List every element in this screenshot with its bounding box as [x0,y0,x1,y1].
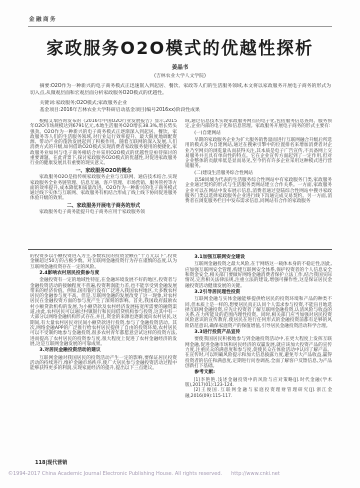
article-separator-rule [28,249,332,250]
body-paragraph: 金融投资有一定的地域性特征,在金融环境发展不好的地区,投资者与金融投资活动的接触… [30,278,177,347]
section-heading-ecommerce-forms: 二、家政服务开展电子商务的形式 [30,203,177,210]
subheading-own-website: (一)自建网站 [185,131,332,137]
subheading-2-4: 2.4影响农村居民投资参与度 [30,271,177,277]
body-paragraph: 早期的家政服务企业为扩大服务销售量而进行互联网融合升级后所选用的模式多为自建网站… [185,138,332,170]
o2o-article-columns: 根据艾瑞咨询发布的《2016年中国O2O行业发展报告》显示,2015年O2O市场… [30,119,332,247]
author-affiliation: (吉林农业大学人文学院) [0,72,360,79]
body-paragraph: 家政服务电子商务能提升电子商务应用于家政服务领 [30,210,177,215]
o2o-left-column: 根据艾瑞咨询发布的《2016年中国O2O行业发展报告》显示,2015年O2O市场… [30,119,177,247]
body-paragraph: 互联网金融与实体金融能够提供给居民的投资环境和产品的种类不同,但本质上是一样的,… [185,297,332,329]
o2o-right-column: 域,通过信息技术实现家政服务网点的电子化,包括服务信息查询、服务预定,企业内部的… [185,119,332,247]
finance-article-columns: 的投资多以小额投资进入为主,多数农民的投资金额在“十万元以下”,投资金额超过50… [30,254,332,454]
subheading-3-2: 3.2引导居民理性投资 [185,290,332,296]
finance-right-column: 3.1加强互联网安全建设 互联网金融投资之最大风险,在于网络这一载体本身的不稳定… [185,254,332,454]
page-number: 118|现代营销 [35,459,67,466]
cnki-copyright-text: ©1994-2017 China Academic Journal Electr… [8,471,222,477]
subheading-3-3: 3.3进行投资产品宣传 [185,330,332,336]
author-name: 姜晶书 [0,63,360,71]
section-heading-concept: 一、家政服务O2O的概念 [30,168,177,175]
body-paragraph: 要使我国居民积极地参与到金融投资活动中,在更大程度上发挥互联网金融,促进金融市场… [185,337,332,369]
journal-section-label: 金融商务 [29,15,57,23]
header-rule [28,26,332,27]
cnki-url: http://www.cnki.net [231,471,280,477]
fund-note: 基金项目:2016年吉林农业大学科研启动基金项目(编号2016xx)阶段性成果 [30,107,331,114]
article-title: 家政服务O2O模式的优越性探析 [0,34,360,59]
finance-left-column: 的投资多以小额投资进入为主,多数农民的投资金额在“十万元以下”,投资金额超过50… [30,254,177,454]
body-paragraph: 互联网金融对我国居民的投资活动产生一定的影响,要保证居民投资活动的持续进行,维护… [30,356,177,372]
body-paragraph: 的投资多以小额投资进入为主,多数农民的投资金额在“十万元以下”,投资金额超过50… [30,254,177,270]
journal-page: 金融商务 家政服务O2O模式的优越性探析 姜晶书 (吉林农业大学人文学院) 摘要… [0,0,360,488]
abstract-text: 摘要:O2O作为一种新兴的电子商务模式正迅速嵌入到起居、餐饮、家政等人们的生活服… [30,83,331,99]
subheading-portal-website: (二)建设生活服务综合性网站 [185,171,332,177]
body-paragraph: 域,通过信息技术实现家政服务网点的电子化,包括服务信息查询、服务预定,企业内部的… [185,119,332,130]
subheading-3: 3.对居民金融投资活动的建议 [30,348,177,354]
body-paragraph: 以58同城为代表的生活服务综合性网站中有家政服务门类,家政服务企业通过契约的形式… [185,178,332,204]
cnki-watermark: ©1994-2017 China Academic Journal Electr… [8,471,356,477]
body-paragraph: 家政服务O2O是指传统家政服务企业与互联网、通信技术结合,实现家政服务全业务链管… [30,175,177,201]
subheading-3-1: 3.1加强互联网安全建设 [185,255,332,261]
body-paragraph: 根据艾瑞咨询发布的《2016年中国O2O行业发展报告》显示,2015年O2O市场… [30,119,177,167]
reference-item: [1]李艳艳.浅述金融投资中的风险与应对策略[J].时代金融(学术版),2017… [185,378,332,389]
reference-item: [2]王俊国.互联网金融与家庭投资理财管理研究[J].浙江金融,2016(09)… [185,388,332,399]
body-paragraph: 互联网金融投资之最大风险,在于网络这一载体本身的不稳定性,因此,应加强互联网安全… [185,262,332,288]
references-heading: 参考文献: [185,370,332,376]
